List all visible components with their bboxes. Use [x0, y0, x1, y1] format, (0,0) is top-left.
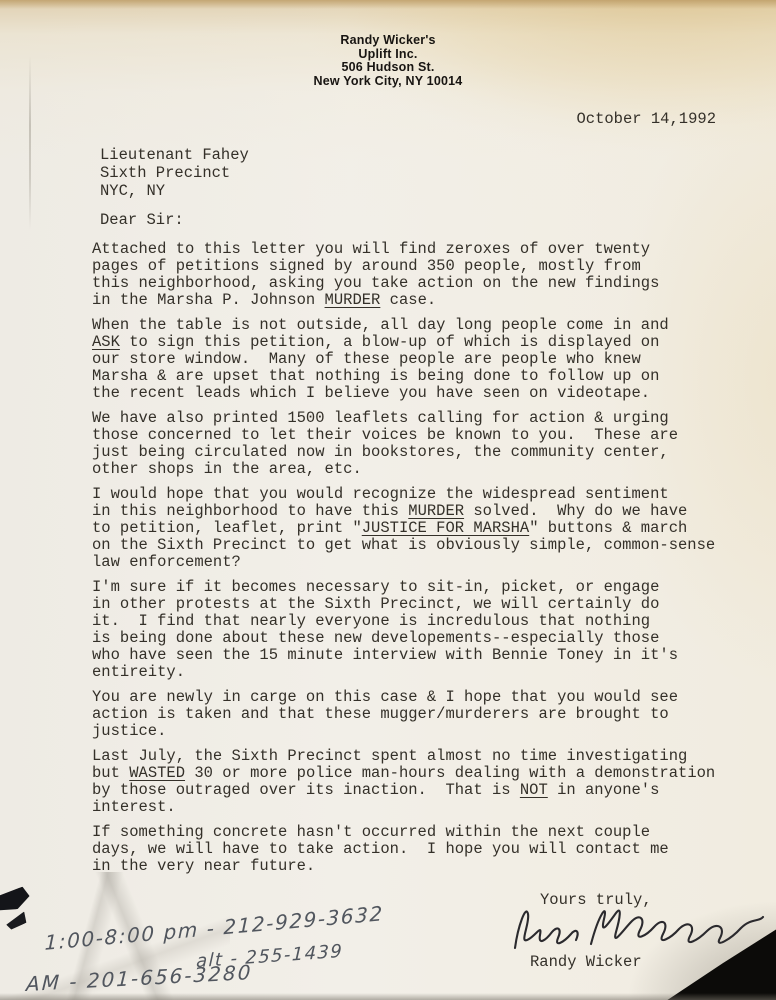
paragraph: Attached to this letter you will find ze… — [92, 241, 715, 309]
paper-crease — [29, 55, 31, 230]
letterhead-city: New York City, NY 10014 — [0, 75, 776, 89]
paragraph: You are newly in carge on this case & I … — [92, 689, 715, 740]
paragraph: Last July, the Sixth Precinct spent almo… — [92, 748, 715, 816]
signer-typed-name: Randy Wicker — [530, 953, 642, 971]
paragraph: I'm sure if it becomes necessary to sit-… — [92, 579, 715, 681]
paragraph: When the table is not outside, all day l… — [92, 317, 715, 402]
paragraph: If something concrete hasn't occurred wi… — [92, 824, 715, 875]
paragraph: I would hope that you would recognize th… — [92, 486, 715, 571]
letterhead-name: Randy Wicker's — [0, 34, 776, 48]
signature-handwriting — [505, 896, 767, 958]
letterhead-company: Uplift Inc. — [0, 48, 776, 62]
recipient-city: NYC, NY — [100, 182, 249, 200]
recipient-block: Lieutenant Fahey Sixth Precinct NYC, NY — [100, 146, 249, 200]
letter-body: Attached to this letter you will find ze… — [92, 241, 715, 883]
recipient-name: Lieutenant Fahey — [100, 146, 249, 164]
scanned-letter: Randy Wicker's Uplift Inc. 506 Hudson St… — [0, 0, 776, 1000]
letterhead: Randy Wicker's Uplift Inc. 506 Hudson St… — [0, 0, 776, 88]
salutation: Dear Sir: — [100, 211, 184, 229]
letterhead-street: 506 Hudson St. — [0, 61, 776, 75]
recipient-unit: Sixth Precinct — [100, 164, 249, 182]
date-line: October 14,1992 — [576, 110, 716, 128]
scan-top-edge-shadow — [0, 0, 776, 9]
scan-bottom-edge-shadow — [0, 993, 776, 1000]
paragraph: We have also printed 1500 leaflets calli… — [92, 410, 715, 478]
